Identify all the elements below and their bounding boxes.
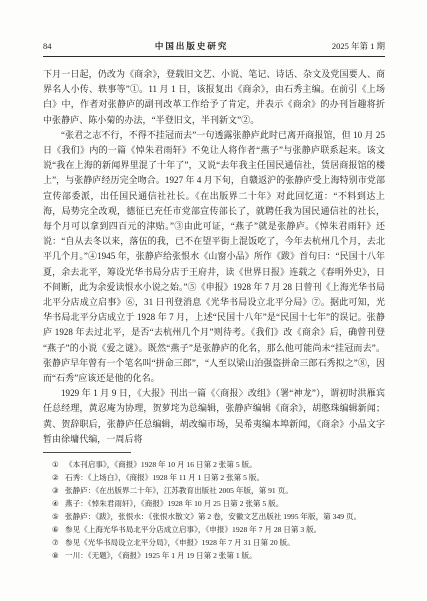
footnote-text: 张静庐：《跋》，张恨水：《张恨水散文》第 2 卷，安徽文艺出版社 1995 年版… bbox=[65, 510, 385, 523]
paragraph: 1929 年 1 月 9 日，《大报》刊出一篇《〈商报〉改组》（署“神龙”），谓… bbox=[43, 386, 385, 447]
footnote-item: ① 《本刊启事》，《商报》1928 年 10 月 16 日第 2 张第 5 版。 bbox=[43, 458, 385, 471]
footnote-item: ② 石秀：《上场白》，《商报》1928 年 11 月 1 日第 2 张第 5 版… bbox=[43, 471, 385, 484]
footnote-item: ④ 燕子：《悼朱君雨轩》，《商报》1928 年 10 月 25 日第 2 张第 … bbox=[43, 497, 385, 510]
page-number: 84 bbox=[43, 41, 52, 51]
footnote-marker: ⑦ bbox=[52, 536, 65, 549]
paragraph: “张君之志不行，不得不挂冠而去”一句透露张静庐此时已离开商报馆，但 10 月 2… bbox=[43, 128, 385, 386]
footnote-list: ① 《本刊启事》，《商报》1928 年 10 月 16 日第 2 张第 5 版。… bbox=[43, 458, 385, 562]
header-rule bbox=[43, 56, 385, 57]
footnote-text: 参见《光华书局设立北平分局》，《申报》1928 年 7 月 31 日第 20 版… bbox=[65, 536, 385, 549]
footnote-text: 《本刊启事》，《商报》1928 年 10 月 16 日第 2 张第 5 版。 bbox=[65, 458, 385, 471]
footnote-marker: ⑥ bbox=[52, 523, 65, 536]
footnote-item: ⑤ 张静庐：《跋》，张恨水：《张恨水散文》第 2 卷，安徽文艺出版社 1995 … bbox=[43, 510, 385, 523]
running-head: 84 中国出版史研究 2025 年第 1 期 bbox=[43, 41, 385, 51]
footnote-item: ③ 张静庐：《在出版界二十年》，江苏教育出版社 2005 年版，第 91 页。 bbox=[43, 484, 385, 497]
footnote-item: ⑦ 参见《光华书局设立北平分局》，《申报》1928 年 7 月 31 日第 20… bbox=[43, 536, 385, 549]
footnote-text: 张静庐：《在出版界二十年》，江苏教育出版社 2005 年版，第 91 页。 bbox=[65, 484, 385, 497]
footnote-marker: ⑧ bbox=[52, 549, 65, 562]
footnote-item: ⑧ 一川：《无题》，《商报》1925 年 1 月 19 日第 2 张第 1 版。 bbox=[43, 549, 385, 562]
footnote-text: 石秀：《上场白》，《商报》1928 年 11 月 1 日第 2 张第 5 版。 bbox=[65, 471, 385, 484]
footnote-text: 参见《上海光华书局北平分店成立启事》，《申报》1928 年 7 月 28 日第 … bbox=[65, 523, 385, 536]
footnote-rule bbox=[43, 452, 131, 453]
footnote-marker: ⑤ bbox=[52, 510, 65, 523]
article-body: 下月一日起，仍改为《商余》，登载旧文艺、小说、笔记、诗话、杂文及党国要人、商界名… bbox=[43, 67, 385, 447]
footnote-text: 燕子：《悼朱君雨轩》，《商报》1928 年 10 月 25 日第 2 张第 5 … bbox=[65, 497, 385, 510]
footnote-text: 一川：《无题》，《商报》1925 年 1 月 19 日第 2 张第 1 版。 bbox=[65, 549, 385, 562]
footnote-marker: ③ bbox=[52, 484, 65, 497]
footnote-marker: ④ bbox=[52, 497, 65, 510]
footnote-marker: ① bbox=[52, 458, 65, 471]
footnote-item: ⑥ 参见《上海光华书局北平分店成立启事》，《申报》1928 年 7 月 28 日… bbox=[43, 523, 385, 536]
issue-label: 2025 年第 1 期 bbox=[332, 41, 385, 51]
footnote-marker: ② bbox=[52, 471, 65, 484]
paragraph: 下月一日起，仍改为《商余》，登载旧文艺、小说、笔记、诗话、杂文及党国要人、商界名… bbox=[43, 67, 385, 128]
journal-page: 84 中国出版史研究 2025 年第 1 期 下月一日起，仍改为《商余》，登载旧… bbox=[0, 0, 427, 601]
journal-title: 中国出版史研究 bbox=[155, 41, 229, 51]
